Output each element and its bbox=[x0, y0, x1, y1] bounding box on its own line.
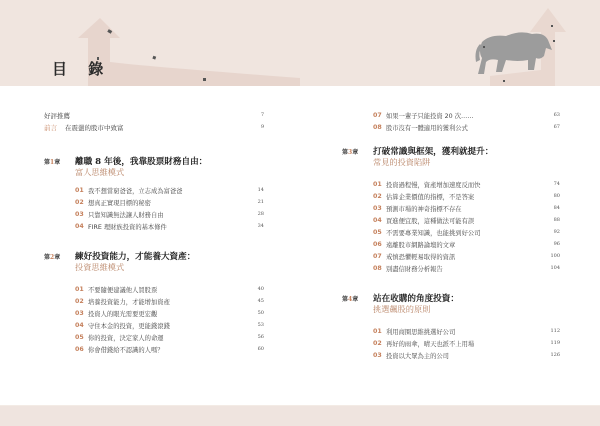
toc-entry-preface[interactable]: 前言 在震盪的股市中致富 9 bbox=[44, 121, 264, 133]
page-number: 112 bbox=[542, 328, 560, 334]
section-number: 01 bbox=[75, 187, 85, 194]
page-number: 40 bbox=[246, 286, 264, 292]
toc-entry[interactable]: 04守住本金的投資，更能錢滾錢53 bbox=[44, 319, 264, 331]
toc-entry[interactable]: 04買進便宜股，這種做法可能有誤88 bbox=[342, 214, 560, 226]
toc-entry[interactable]: 08別盡信財務分析報告104 bbox=[342, 262, 560, 274]
toc-entry[interactable]: 08股市沒有一體適用的獲利公式67 bbox=[342, 121, 560, 133]
chapter-suffix: 章 bbox=[54, 254, 60, 261]
section-title: 不要隨便建議他人買股票 bbox=[88, 285, 246, 294]
chapter-subtitle: 投資思維模式 bbox=[75, 262, 124, 273]
section-number: 03 bbox=[373, 205, 383, 212]
section-number: 02 bbox=[373, 193, 383, 200]
toc-entry[interactable]: 01投資過程慢，資產增加速度反而快74 bbox=[342, 178, 560, 190]
page-number: 50 bbox=[246, 310, 264, 316]
footer-band bbox=[0, 405, 600, 426]
section-number: 03 bbox=[373, 352, 383, 359]
toc-entry[interactable]: 02想真正實現目標的秘密21 bbox=[44, 196, 264, 208]
section-title: 預測市場的神奇指標不存在 bbox=[386, 204, 542, 213]
page-number: 104 bbox=[542, 265, 560, 271]
chapter-title: 練好投資能力，才能養大資產： bbox=[75, 250, 195, 262]
header-band: 目 錄 bbox=[0, 0, 600, 86]
section-title: FIRE 理財族投資的基本條件 bbox=[88, 222, 246, 231]
section-title: 我不想當窮爸爸，立志成為富爸爸 bbox=[88, 186, 246, 195]
section-title: 別盡信財務分析報告 bbox=[386, 264, 542, 273]
section-number: 01 bbox=[373, 181, 383, 188]
chapter-title: 離職 8 年後，我靠股票財務自由： bbox=[75, 155, 207, 167]
chapter-label: 第3章 bbox=[342, 147, 358, 156]
entry-title: 在震盪的股市中致富 bbox=[65, 123, 246, 132]
page-number: 56 bbox=[246, 334, 264, 340]
section-title: 投資人的眼光需要更宏觀 bbox=[88, 309, 246, 318]
section-title: 你會借錢給不認識的人嗎？ bbox=[88, 345, 246, 354]
page-number: 80 bbox=[542, 193, 560, 199]
section-title: 只靠知識無法讓人財務自由 bbox=[88, 210, 246, 219]
page-number: 60 bbox=[246, 346, 264, 352]
section-number: 05 bbox=[373, 229, 383, 236]
section-number: 02 bbox=[75, 298, 85, 305]
page-number: 14 bbox=[246, 187, 264, 193]
section-number: 02 bbox=[373, 340, 383, 347]
toc-entry[interactable]: 03投資人的眼光需要更宏觀50 bbox=[44, 307, 264, 319]
toc-entry[interactable]: 02培養投資能力，才能增加資產45 bbox=[44, 295, 264, 307]
section-title: 不需要專業知識，也能挑到好公司 bbox=[386, 228, 542, 237]
page-number: 100 bbox=[542, 253, 560, 259]
toc-entry[interactable]: 03只靠知識無法讓人財務自由28 bbox=[44, 208, 264, 220]
section-title: 投資以大眾為主的公司 bbox=[386, 351, 542, 360]
page-number: 53 bbox=[246, 322, 264, 328]
section-number: 04 bbox=[75, 223, 85, 230]
page-number: 119 bbox=[542, 340, 560, 346]
toc-entry[interactable]: 05你的投資，決定家人的命運56 bbox=[44, 331, 264, 343]
section-number: 03 bbox=[75, 211, 85, 218]
section-title: 估算企業價值的指標，不是答案 bbox=[386, 192, 542, 201]
toc-entry[interactable]: 03投資以大眾為主的公司126 bbox=[342, 349, 560, 361]
section-number: 08 bbox=[373, 265, 383, 272]
page-number: 88 bbox=[542, 217, 560, 223]
page-number: 7 bbox=[246, 112, 264, 118]
section-number: 05 bbox=[75, 334, 85, 341]
section-title: 你的投資，決定家人的命運 bbox=[88, 333, 246, 342]
section-title: 股市沒有一體適用的獲利公式 bbox=[386, 123, 542, 132]
page-number: 126 bbox=[542, 352, 560, 358]
bull-icon bbox=[476, 32, 553, 74]
page-number: 84 bbox=[542, 205, 560, 211]
page-number: 96 bbox=[542, 241, 560, 247]
toc-entry[interactable]: 07如果一輩子只能投資 20 次……63 bbox=[342, 109, 560, 121]
toc-entry[interactable]: 01利用商圈思維挑選好公司112 bbox=[342, 325, 560, 337]
section-title: 培養投資能力，才能增加資產 bbox=[88, 297, 246, 306]
toc-entry[interactable]: 02估算企業價值的指標，不是答案80 bbox=[342, 190, 560, 202]
page-number: 63 bbox=[542, 112, 560, 118]
page-number: 9 bbox=[246, 124, 264, 130]
section-number: 01 bbox=[373, 328, 383, 335]
section-title: 守住本金的投資，更能錢滾錢 bbox=[88, 321, 246, 330]
section-number: 06 bbox=[75, 346, 85, 353]
preface-tag: 前言 bbox=[44, 123, 57, 132]
section-number: 07 bbox=[373, 112, 383, 119]
section-number: 08 bbox=[373, 124, 383, 131]
toc-entry[interactable]: 01不要隨便建議他人買股票40 bbox=[44, 283, 264, 295]
chapter-label: 第4章 bbox=[342, 294, 358, 303]
page-number: 45 bbox=[246, 298, 264, 304]
section-number: 06 bbox=[373, 241, 383, 248]
chapter-title: 站在收購的角度投資： bbox=[373, 292, 459, 304]
chapter-label: 第2章 bbox=[44, 252, 60, 261]
left-arrow-shape bbox=[78, 18, 300, 86]
toc-entry[interactable]: 03預測市場的神奇指標不存在84 bbox=[342, 202, 560, 214]
section-number: 07 bbox=[373, 253, 383, 260]
section-title: 再好的雨傘，晴天也派不上用場 bbox=[386, 339, 542, 348]
chapter-subtitle: 挑選飆股的原則 bbox=[373, 304, 430, 315]
section-number: 03 bbox=[75, 310, 85, 317]
section-title: 想真正實現目標的秘密 bbox=[88, 198, 246, 207]
section-number: 01 bbox=[75, 286, 85, 293]
chapter-suffix: 章 bbox=[352, 149, 358, 156]
page-title: 目 錄 bbox=[52, 58, 111, 79]
chapter-subtitle: 常見的投資陷阱 bbox=[373, 157, 430, 168]
chapter-suffix: 章 bbox=[54, 159, 60, 166]
section-title: 如果一輩子只能投資 20 次…… bbox=[386, 111, 542, 120]
page-number: 28 bbox=[246, 211, 264, 217]
toc-entry[interactable]: 01我不想當窮爸爸，立志成為富爸爸14 bbox=[44, 184, 264, 196]
toc-entry[interactable]: 07戒慎恐懼輕易取得的資訊100 bbox=[342, 250, 560, 262]
section-title: 遠離股市網路論壇的文章 bbox=[386, 240, 542, 249]
page-number: 34 bbox=[246, 223, 264, 229]
toc-entry[interactable]: 04FIRE 理財族投資的基本條件34 bbox=[44, 220, 264, 232]
section-title: 投資過程慢，資產增加速度反而快 bbox=[386, 180, 542, 189]
chapter-suffix: 章 bbox=[352, 296, 358, 303]
section-number: 04 bbox=[75, 322, 85, 329]
page-number: 67 bbox=[542, 124, 560, 130]
section-title: 利用商圈思維挑選好公司 bbox=[386, 327, 542, 336]
page-number: 21 bbox=[246, 199, 264, 205]
section-title: 買進便宜股，這種做法可能有誤 bbox=[386, 216, 542, 225]
toc-entry[interactable]: 06你會借錢給不認識的人嗎？60 bbox=[44, 343, 264, 355]
chapter-title: 打破常識與框架，獲利就提升： bbox=[373, 145, 493, 157]
chapter-label: 第1章 bbox=[44, 157, 60, 166]
chapter-subtitle: 富人思維模式 bbox=[75, 167, 124, 178]
section-number: 02 bbox=[75, 199, 85, 206]
page-number: 74 bbox=[542, 181, 560, 187]
toc-entry[interactable]: 06遠離股市網路論壇的文章96 bbox=[342, 238, 560, 250]
section-title: 戒慎恐懼輕易取得的資訊 bbox=[386, 252, 542, 261]
toc-entry-praise[interactable]: 好評推薦 7 bbox=[44, 109, 264, 121]
entry-title: 好評推薦 bbox=[44, 111, 246, 120]
page-number: 92 bbox=[542, 229, 560, 235]
toc-entry[interactable]: 02再好的雨傘，晴天也派不上用場119 bbox=[342, 337, 560, 349]
section-number: 04 bbox=[373, 217, 383, 224]
toc-entry[interactable]: 05不需要專業知識，也能挑到好公司92 bbox=[342, 226, 560, 238]
